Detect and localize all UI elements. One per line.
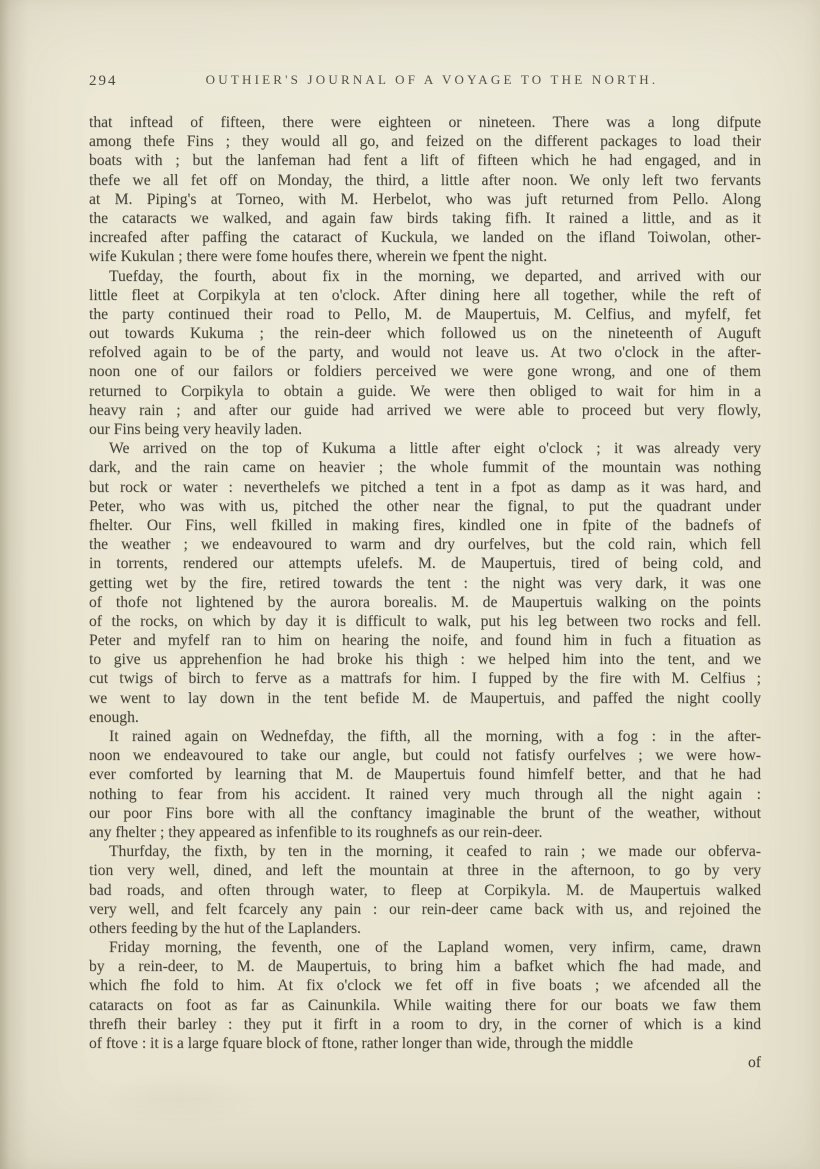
text-line: we went to lay down in the tent befide M…: [89, 689, 761, 708]
text-line: boats with ; but the lanfeman had fent a…: [89, 151, 761, 170]
text-line: by a rein-deer, to M. de Maupertuis, to …: [89, 957, 761, 976]
text-line: bad roads, and often through water, to f…: [89, 881, 761, 900]
catchword: of: [89, 1053, 761, 1072]
text-line: tion very well, dined, and left the moun…: [89, 861, 761, 880]
text-line: little fleet at Corpikyla at ten o'clock…: [89, 286, 761, 305]
text-line: the party continued their road to Pello,…: [89, 305, 761, 324]
text-line: our poor Fins bore with all the conftanc…: [89, 804, 761, 823]
text-line: refolved again to be of the party, and w…: [89, 343, 761, 362]
page-header: 294 OUTHIER'S JOURNAL OF A VOYAGE TO THE…: [89, 72, 761, 92]
text-line: heavy rain ; and after our guide had arr…: [89, 401, 761, 420]
text-line: to give us apprehenfion he had broke his…: [89, 650, 761, 669]
text-line: of thofe not lightened by the aurora bor…: [89, 593, 761, 612]
text-line: Friday morning, the feventh, one of the …: [89, 938, 761, 957]
text-line: cataracts on foot as far as Cainunkila. …: [89, 996, 761, 1015]
text-line: in torrents, rendered our attempts ufele…: [89, 554, 761, 573]
text-line: threfh their barley : they put it firft …: [89, 1015, 761, 1034]
text-line: wife Kukulan ; there were fome houfes th…: [89, 247, 761, 266]
text-line: We arrived on the top of Kukuma a little…: [89, 439, 761, 458]
text-line: thefe we all fet off on Monday, the thir…: [89, 171, 761, 190]
text-line: of the rocks, on which by day it is diff…: [89, 612, 761, 631]
page-number: 294: [89, 73, 118, 90]
text-line: It rained again on Wednefday, the fifth,…: [89, 727, 761, 746]
text-line: of ftove : it is a large fquare block of…: [89, 1034, 761, 1053]
book-page: 294 OUTHIER'S JOURNAL OF A VOYAGE TO THE…: [0, 0, 820, 1169]
text-line: others feeding by the hut of the Lapland…: [89, 919, 761, 938]
text-line: the weather ; we endeavoured to warm and…: [89, 535, 761, 554]
text-column: 294 OUTHIER'S JOURNAL OF A VOYAGE TO THE…: [89, 72, 761, 1072]
text-line: at M. Piping's at Torneo, with M. Herbel…: [89, 190, 761, 209]
text-block: that inftead of fifteen, there were eigh…: [89, 113, 761, 1053]
text-line: noon one of our failors or foldiers perc…: [89, 362, 761, 381]
text-line: Tuefday, the fourth, about fix in the mo…: [89, 267, 761, 286]
text-line: dark, and the rain came on heavier ; the…: [89, 458, 761, 477]
text-line: getting wet by the fire, retired towards…: [89, 574, 761, 593]
text-line: enough.: [89, 708, 761, 727]
text-line: that inftead of fifteen, there were eigh…: [89, 113, 761, 132]
text-line: Thurfday, the fixth, by ten in the morni…: [89, 842, 761, 861]
text-line: any fhelter ; they appeared as infenfibl…: [89, 823, 761, 842]
text-line: among thefe Fins ; they would all go, an…: [89, 132, 761, 151]
text-line: but rock or water : neverthelefs we pitc…: [89, 478, 761, 497]
text-line: which fhe fold to him. At fix o'clock we…: [89, 976, 761, 995]
text-line: Peter, who was with us, pitched the othe…: [89, 497, 761, 516]
text-line: nothing to fear from his accident. It ra…: [89, 785, 761, 804]
text-line: ever comforted by learning that M. de Ma…: [89, 765, 761, 784]
running-title: OUTHIER'S JOURNAL OF A VOYAGE TO THE NOR…: [89, 72, 761, 88]
text-line: our Fins being very heavily laden.: [89, 420, 761, 439]
text-line: the cataracts we walked, and again faw b…: [89, 209, 761, 228]
text-line: increafed after paffing the cataract of …: [89, 228, 761, 247]
text-line: very well, and felt fcarcely any pain : …: [89, 900, 761, 919]
text-line: Peter and myfelf ran to him on hearing t…: [89, 631, 761, 650]
text-line: out towards Kukuma ; the rein-deer which…: [89, 324, 761, 343]
text-line: cut twigs of birch to ferve as a mattraf…: [89, 669, 761, 688]
text-line: returned to Corpikyla to obtain a guide.…: [89, 382, 761, 401]
text-line: noon we endeavoured to take our angle, b…: [89, 746, 761, 765]
text-line: fhelter. Our Fins, well fkilled in makin…: [89, 516, 761, 535]
